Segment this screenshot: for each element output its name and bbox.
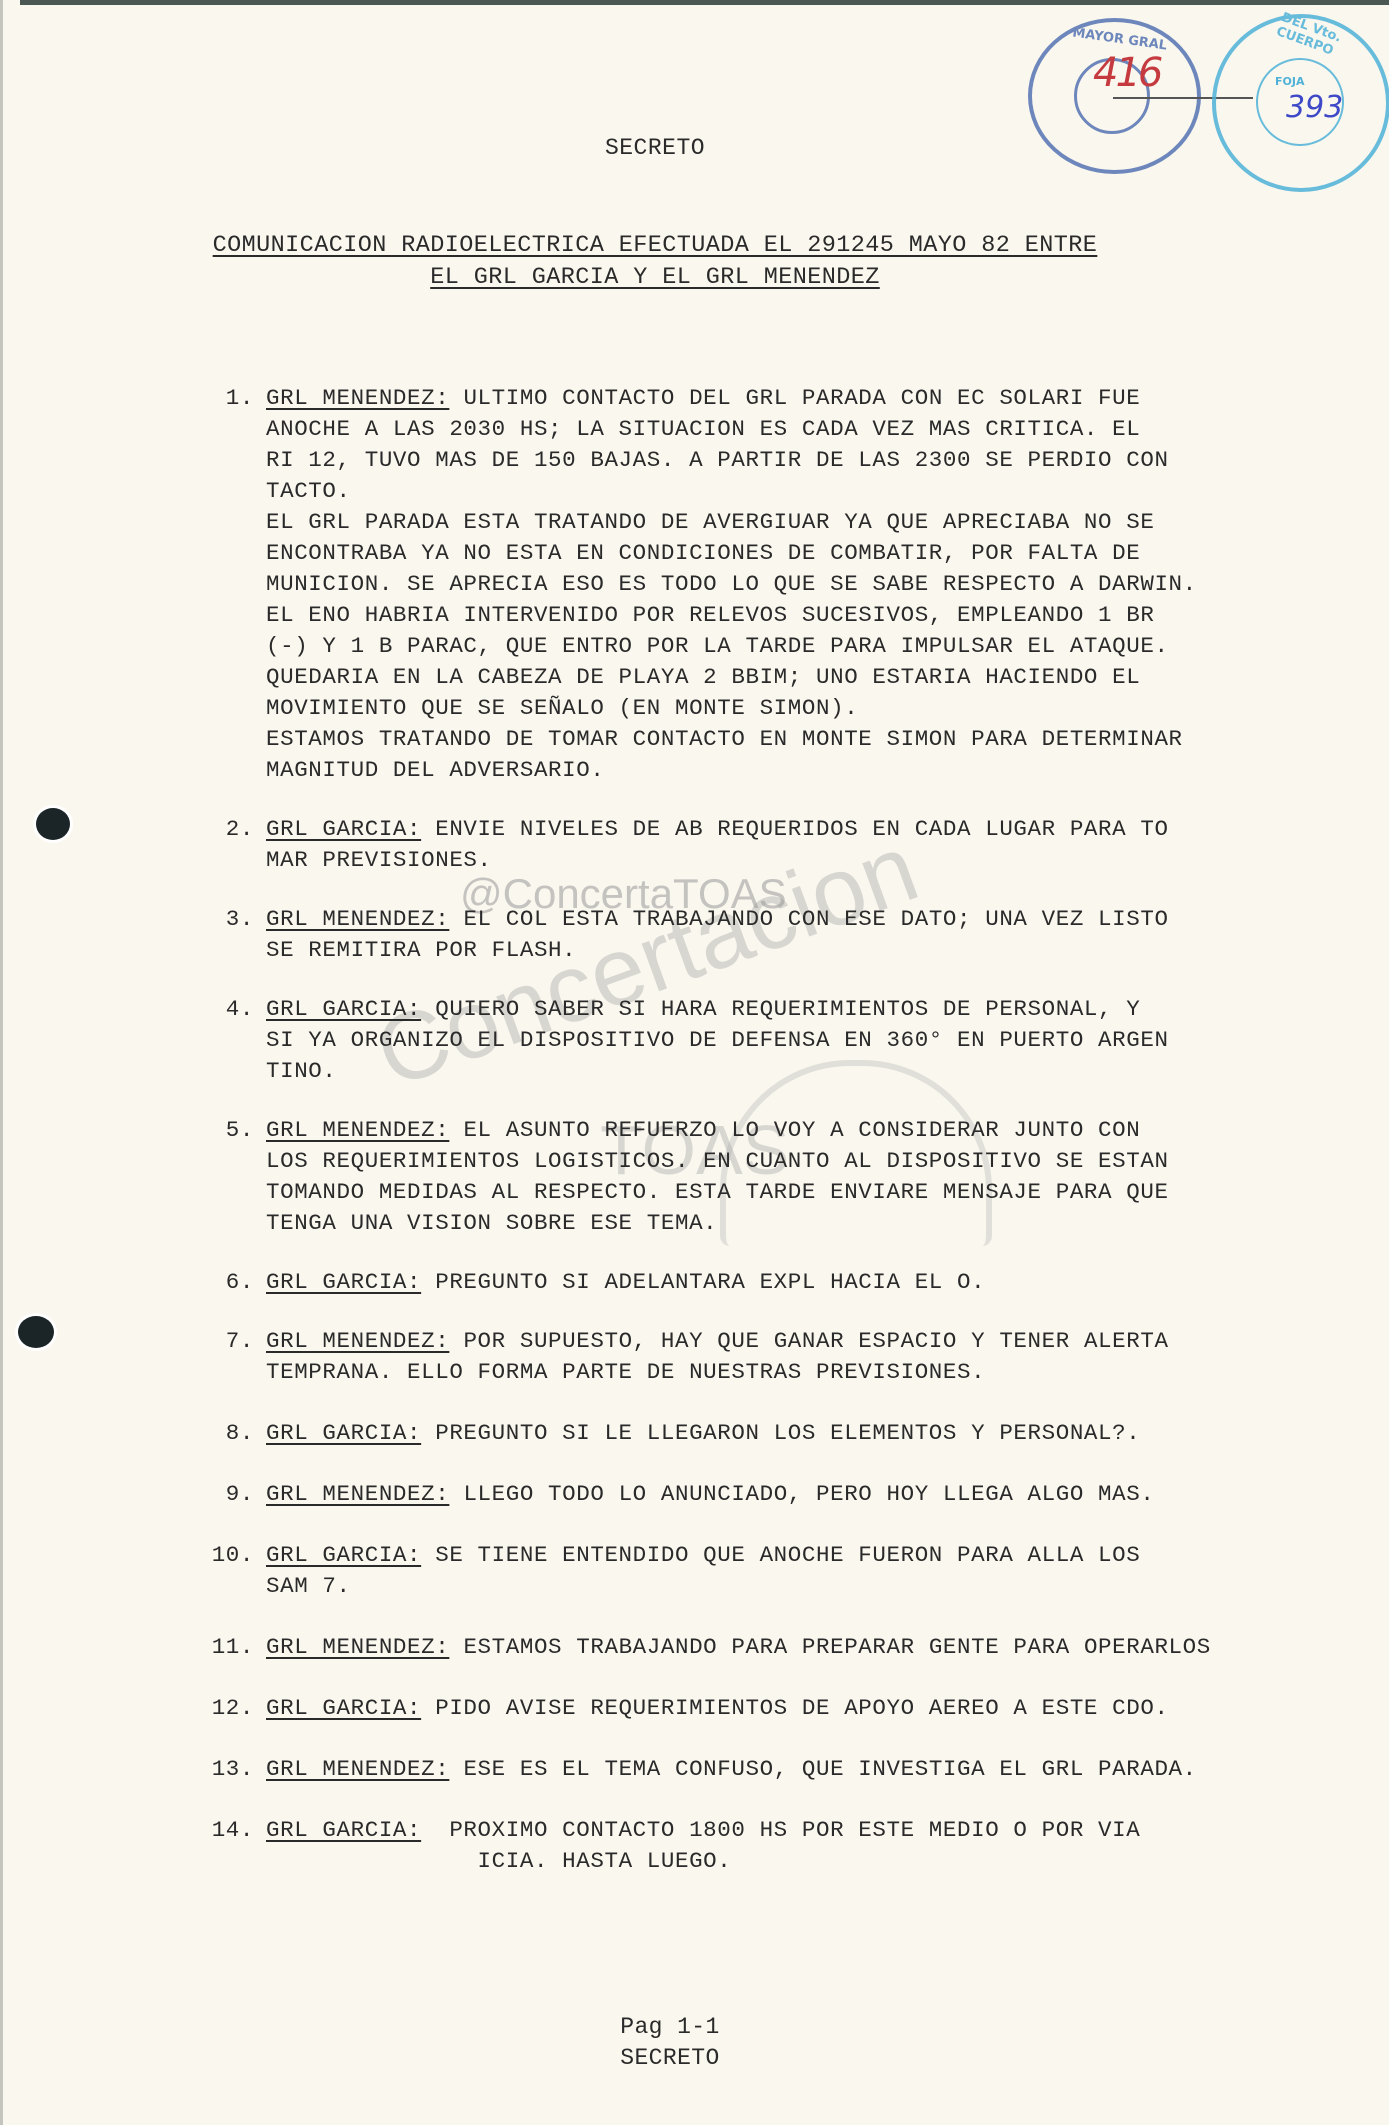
speaker-label: GRL GARCIA:	[266, 1542, 421, 1568]
scan-top-edge	[20, 0, 1389, 5]
item-number: 4.	[200, 994, 260, 1025]
speaker-label: GRL GARCIA:	[266, 1269, 421, 1295]
item-text: PIDO AVISE REQUERIMIENTOS DE APOYO AEREO…	[421, 1695, 1168, 1721]
speaker-label: GRL MENENDEZ:	[266, 1634, 449, 1660]
item-number: 12.	[200, 1693, 260, 1724]
transcript-item: 1.GRL MENENDEZ: ULTIMO CONTACTO DEL GRL …	[200, 383, 1389, 786]
transcript-item: 4.GRL GARCIA: QUIERO SABER SI HARA REQUE…	[200, 994, 1389, 1087]
scan-left-edge	[0, 0, 3, 2125]
item-number: 2.	[200, 814, 260, 845]
item-text: ULTIMO CONTACTO DEL GRL PARADA CON EC SO…	[266, 385, 1197, 783]
document-title: COMUNICACION RADIOELECTRICA EFECTUADA EL…	[150, 230, 1160, 294]
speaker-label: GRL GARCIA:	[266, 1420, 421, 1446]
item-number: 9.	[200, 1479, 260, 1510]
speaker-label: GRL GARCIA:	[266, 1695, 421, 1721]
speaker-label: GRL MENENDEZ:	[266, 906, 449, 932]
speaker-label: GRL GARCIA:	[266, 1817, 421, 1843]
transcript-item: 2.GRL GARCIA: ENVIE NIVELES DE AB REQUER…	[200, 814, 1389, 876]
page-footer: Pag 1-1 SECRETO	[0, 2012, 1340, 2074]
transcript-item: 7.GRL MENENDEZ: POR SUPUESTO, HAY QUE GA…	[200, 1326, 1389, 1388]
transcript-item: 8.GRL GARCIA: PREGUNTO SI LE LLEGARON LO…	[200, 1418, 1389, 1449]
transcript-item: 3.GRL MENENDEZ: EL COL ESTA TRABAJANDO C…	[200, 904, 1389, 966]
item-text: LLEGO TODO LO ANUNCIADO, PERO HOY LLEGA …	[449, 1481, 1154, 1507]
classification-header: SECRETO	[0, 135, 1310, 161]
transcript-item: 11.GRL MENENDEZ: ESTAMOS TRABAJANDO PARA…	[200, 1632, 1389, 1663]
handwritten-foja-number: 393	[1286, 90, 1343, 125]
speaker-label: GRL GARCIA:	[266, 816, 421, 842]
speaker-label: GRL MENENDEZ:	[266, 1117, 449, 1143]
item-number: 8.	[200, 1418, 260, 1449]
transcript-item: 10.GRL GARCIA: SE TIENE ENTENDIDO QUE AN…	[200, 1540, 1389, 1602]
item-number: 3.	[200, 904, 260, 935]
speaker-label: GRL MENENDEZ:	[266, 1328, 449, 1354]
page-number: Pag 1-1	[0, 2012, 1340, 2043]
item-text: ESE ES EL TEMA CONFUSO, QUE INVESTIGA EL…	[449, 1756, 1196, 1782]
transcript-item: 12.GRL GARCIA: PIDO AVISE REQUERIMIENTOS…	[200, 1693, 1389, 1724]
item-number: 14.	[200, 1815, 260, 1846]
item-number: 11.	[200, 1632, 260, 1663]
item-text: PREGUNTO SI ADELANTARA EXPL HACIA EL O.	[421, 1269, 985, 1295]
speaker-label: GRL GARCIA:	[266, 996, 421, 1022]
transcript-item: 6.GRL GARCIA: PREGUNTO SI ADELANTARA EXP…	[200, 1267, 1389, 1298]
transcript-item: 9.GRL MENENDEZ: LLEGO TODO LO ANUNCIADO,…	[200, 1479, 1389, 1510]
item-number: 1.	[200, 383, 260, 414]
classification-footer: SECRETO	[0, 2043, 1340, 2074]
item-number: 7.	[200, 1326, 260, 1357]
foja-label: FOJA	[1275, 75, 1304, 88]
handwritten-number-red: 416	[1093, 50, 1160, 96]
speaker-label: GRL MENENDEZ:	[266, 1756, 449, 1782]
item-number: 10.	[200, 1540, 260, 1571]
punch-hole-icon	[36, 808, 70, 840]
title-line-1: COMUNICACION RADIOELECTRICA EFECTUADA EL…	[213, 232, 1098, 259]
punch-hole-icon	[18, 1316, 54, 1348]
item-number: 13.	[200, 1754, 260, 1785]
speaker-label: GRL MENENDEZ:	[266, 385, 449, 411]
transcript-item: 14.GRL GARCIA: PROXIMO CONTACTO 1800 HS …	[200, 1815, 1389, 1877]
transcript-list: 1.GRL MENENDEZ: ULTIMO CONTACTO DEL GRL …	[200, 383, 1389, 1877]
item-text: ESTAMOS TRABAJANDO PARA PREPARAR GENTE P…	[449, 1634, 1211, 1660]
item-text: PREGUNTO SI LE LLEGARON LOS ELEMENTOS Y …	[421, 1420, 1140, 1446]
transcript-item: 13.GRL MENENDEZ: ESE ES EL TEMA CONFUSO,…	[200, 1754, 1389, 1785]
speaker-label: GRL MENENDEZ:	[266, 1481, 449, 1507]
item-number: 5.	[200, 1115, 260, 1146]
transcript-item: 5.GRL MENENDEZ: EL ASUNTO REFUERZO LO VO…	[200, 1115, 1389, 1239]
item-number: 6.	[200, 1267, 260, 1298]
title-line-2: EL GRL GARCIA Y EL GRL MENENDEZ	[430, 264, 880, 291]
